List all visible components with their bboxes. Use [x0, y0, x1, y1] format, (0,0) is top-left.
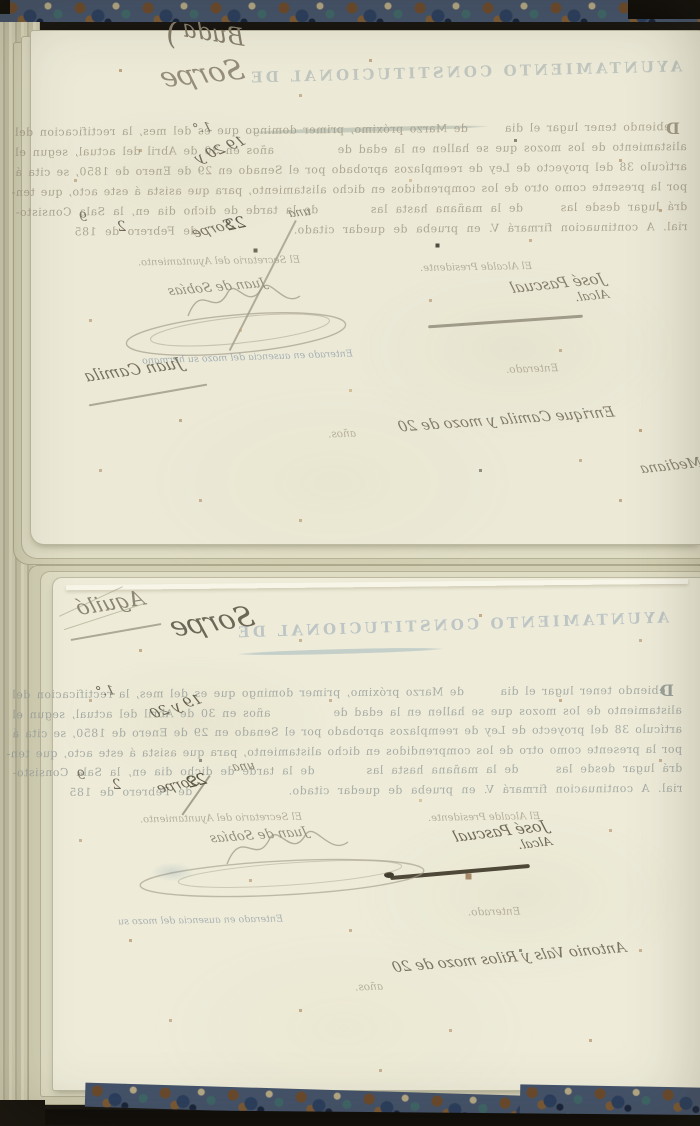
handwritten-year-digit: 2: [117, 219, 126, 235]
alcalde-label: El Alcalde Presidente.: [420, 261, 532, 274]
anos-label: años.: [328, 428, 356, 441]
binding-shadow-top-right: [628, 0, 700, 19]
ink-ghost-smudge: [150, 862, 195, 882]
handwritten-day: 1.°: [94, 683, 117, 699]
handwritten-day: 1.°: [191, 120, 214, 137]
binding-shadow-top-left: [0, 0, 10, 14]
handwritten-hour-end: una: [230, 758, 257, 774]
marbled-binding-top: [0, 0, 700, 22]
enterado-label: Enterado.: [506, 362, 559, 376]
book-scan: ) Buda AYUNTAMIENTO CONSTITUCIONAL DE So…: [0, 0, 700, 1126]
handwritten-hour-start: 9: [79, 210, 87, 225]
binding-shadow-bottom-left: [0, 1100, 45, 1126]
handwritten-hour-end: una: [286, 204, 313, 220]
anos-label: años.: [355, 981, 383, 994]
secretario-signature: Juan de Sobías: [118, 272, 353, 360]
enterado-label: Enterado.: [468, 906, 521, 919]
handwritten-year-digit: 2: [112, 777, 121, 793]
handwritten-hour-start: 9: [77, 768, 85, 783]
form-body: ebiendo tener lugar el dia de Marzo próx…: [14, 117, 687, 243]
